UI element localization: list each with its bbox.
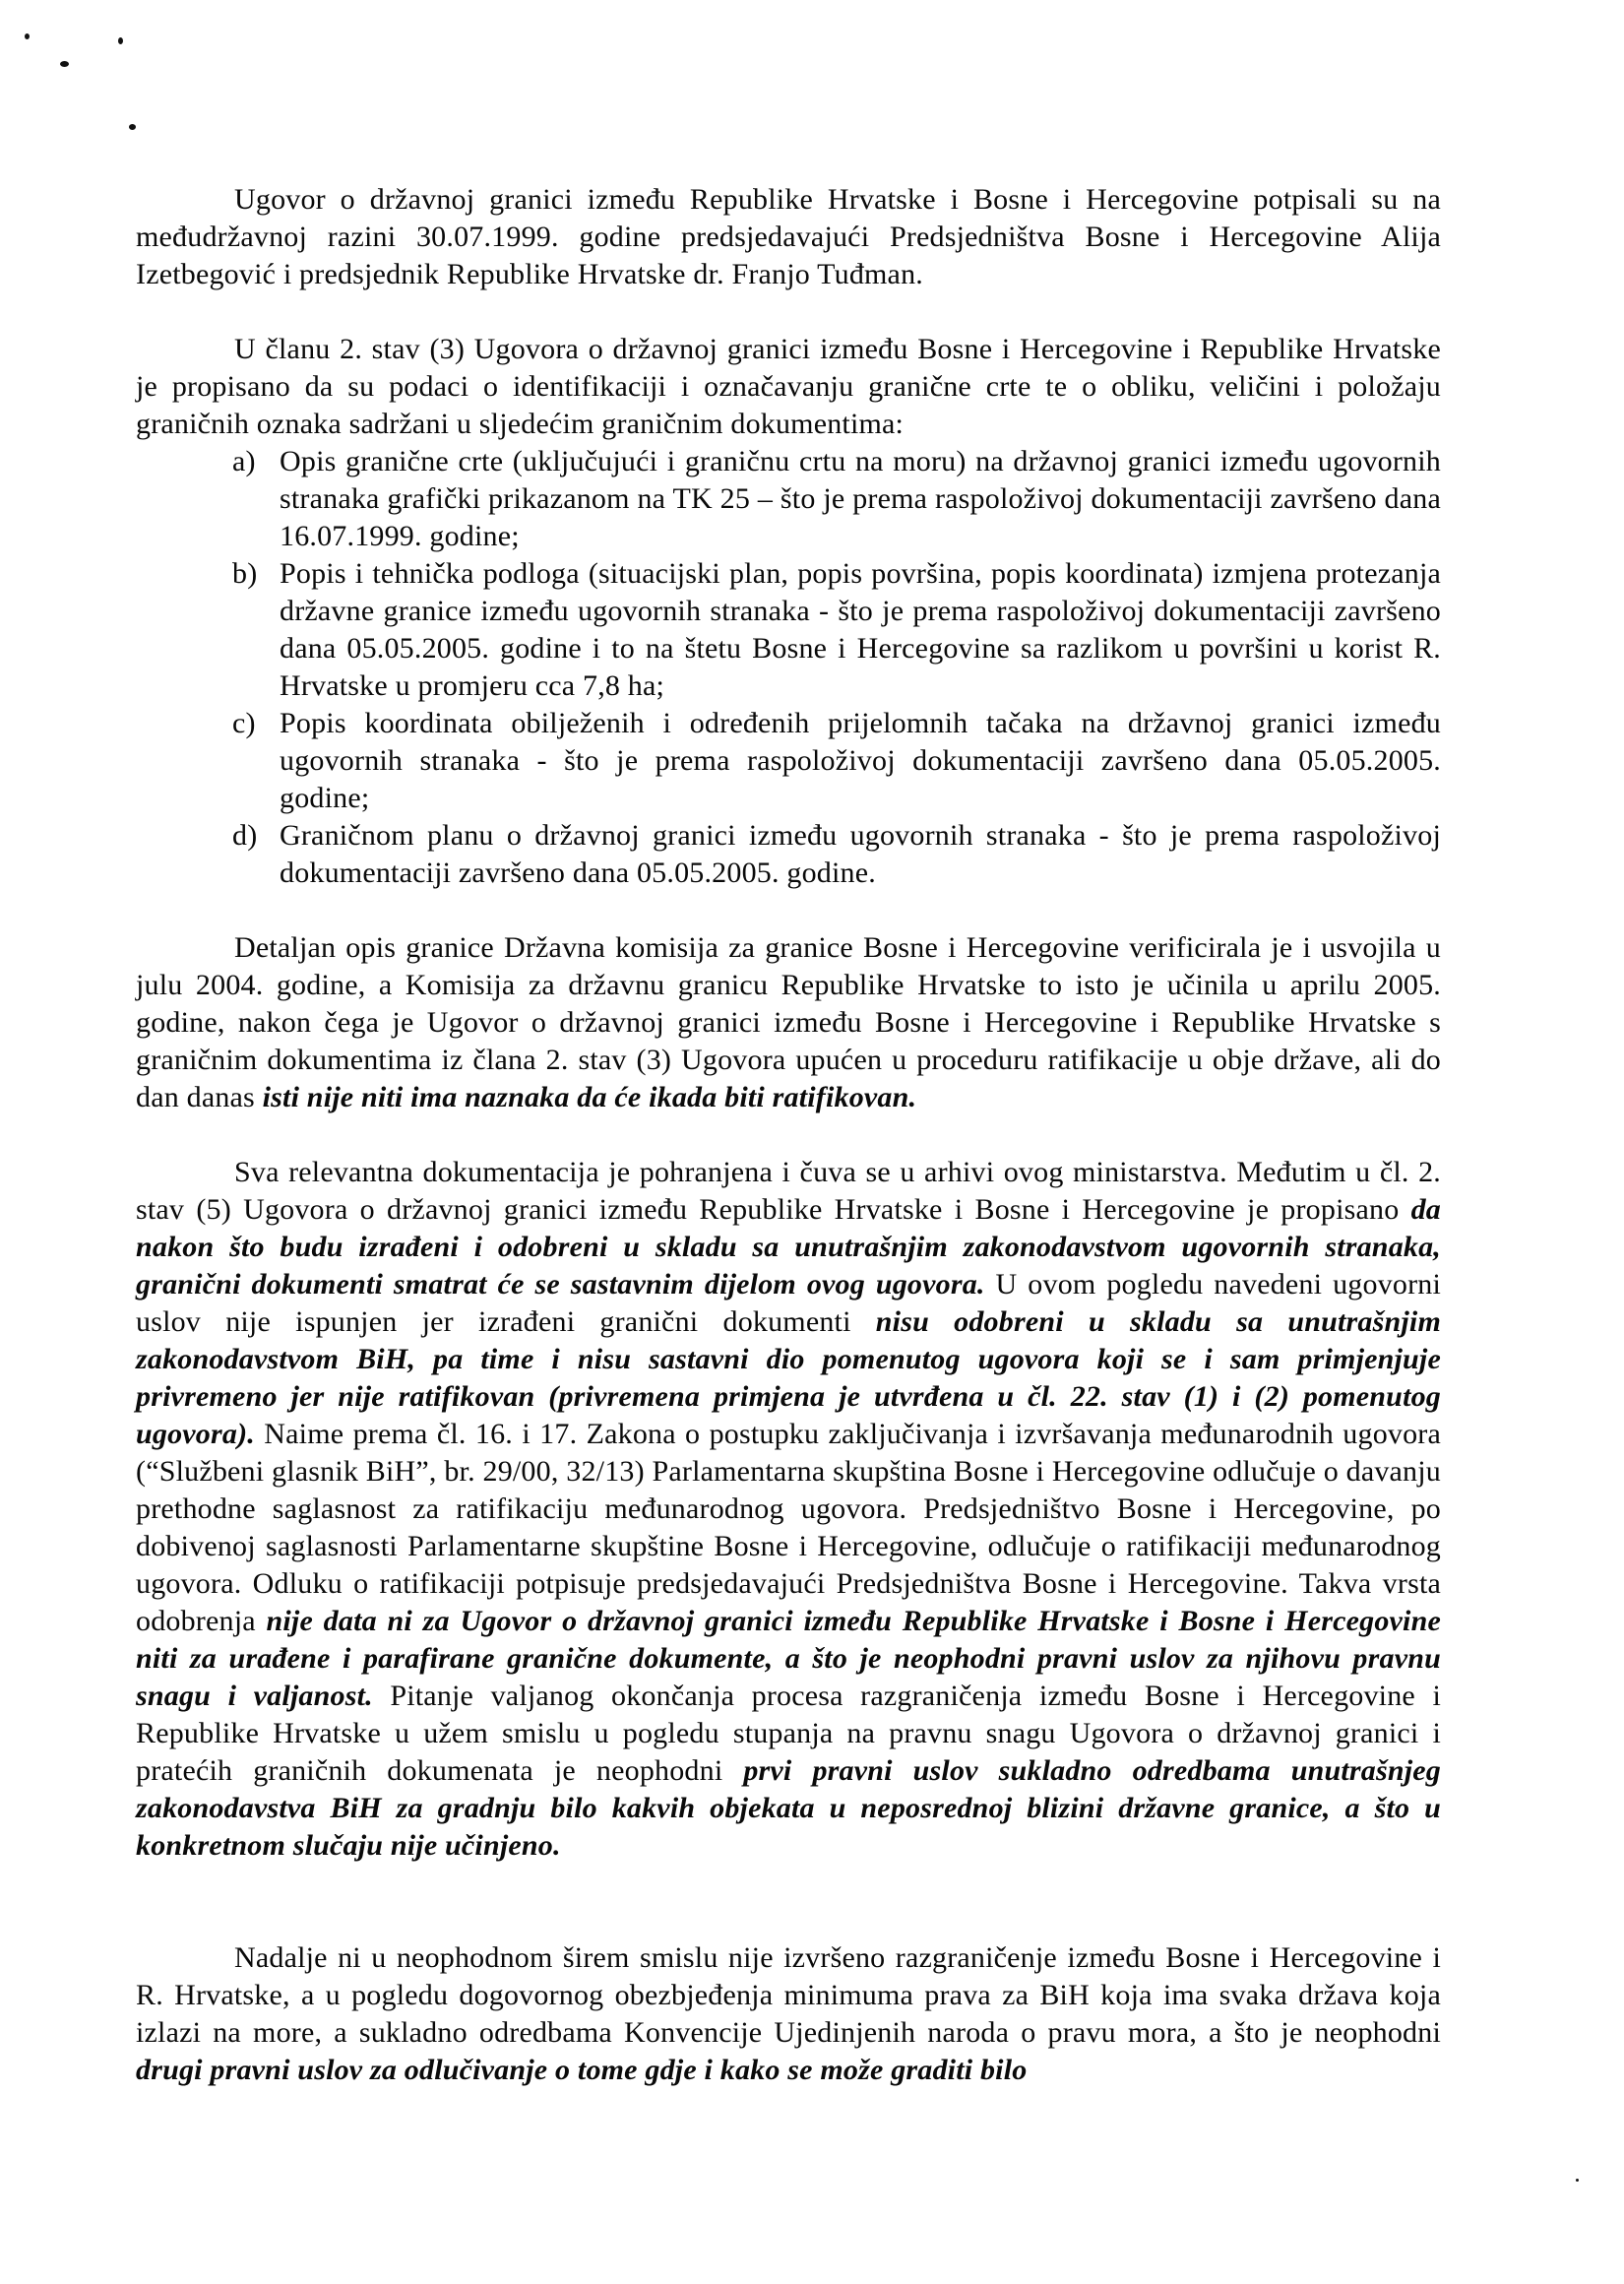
- scan-speck: [118, 37, 123, 44]
- list-item: b)Popis i tehnička podloga (situacijski …: [136, 555, 1441, 705]
- document-body: Ugovor o državnoj granici između Republi…: [136, 181, 1441, 2089]
- list-item: d)Graničnom planu o državnoj granici izm…: [136, 817, 1441, 892]
- emphasized-text-segment: drugi pravni uslov za odlučivanje o tome…: [136, 2054, 1027, 2086]
- text-segment: Opis granične crte (uključujući i granič…: [280, 445, 1441, 552]
- scan-speck: [25, 33, 30, 39]
- scan-speck: [1576, 2179, 1579, 2182]
- paragraph-documentation-legal-conditions: Sva relevantna dokumentacija je pohranje…: [136, 1154, 1441, 1865]
- list-item: c)Popis koordinata obilježenih i određen…: [136, 705, 1441, 817]
- list-item-marker: a): [232, 443, 280, 480]
- list-item-marker: b): [232, 555, 280, 593]
- border-documents-list: a)Opis granične crte (uključujući i gran…: [136, 443, 1441, 892]
- scan-speck: [60, 61, 69, 67]
- text-segment: Popis koordinata obilježenih i određenih…: [280, 707, 1441, 814]
- paragraph-wider-delimitation: Nadalje ni u neophodnom širem smislu nij…: [136, 1939, 1441, 2089]
- list-item: a)Opis granične crte (uključujući i gran…: [136, 443, 1441, 555]
- emphasized-text-segment: isti nije niti ima naznaka da će ikada b…: [263, 1081, 917, 1113]
- list-item-marker: c): [232, 705, 280, 742]
- text-segment: U članu 2. stav (3) Ugovora o državnoj g…: [136, 333, 1441, 440]
- text-segment: Graničnom planu o državnoj granici izmeđ…: [280, 819, 1441, 889]
- text-segment: Sva relevantna dokumentacija je pohranje…: [136, 1156, 1441, 1226]
- paragraph-signing: Ugovor o državnoj granici između Republi…: [136, 181, 1441, 293]
- paragraph-article-2-stav-3: U članu 2. stav (3) Ugovora o državnoj g…: [136, 331, 1441, 443]
- text-segment: Popis i tehnička podloga (situacijski pl…: [280, 557, 1441, 702]
- text-segment: Nadalje ni u neophodnom širem smislu nij…: [136, 1941, 1441, 2049]
- text-segment: Ugovor o državnoj granici između Republi…: [136, 183, 1441, 290]
- paragraph-verification-ratification: Detaljan opis granice Državna komisija z…: [136, 929, 1441, 1116]
- scan-speck: [129, 124, 136, 130]
- scanned-page: Ugovor o državnoj granici između Republi…: [0, 0, 1624, 2284]
- list-item-marker: d): [232, 817, 280, 855]
